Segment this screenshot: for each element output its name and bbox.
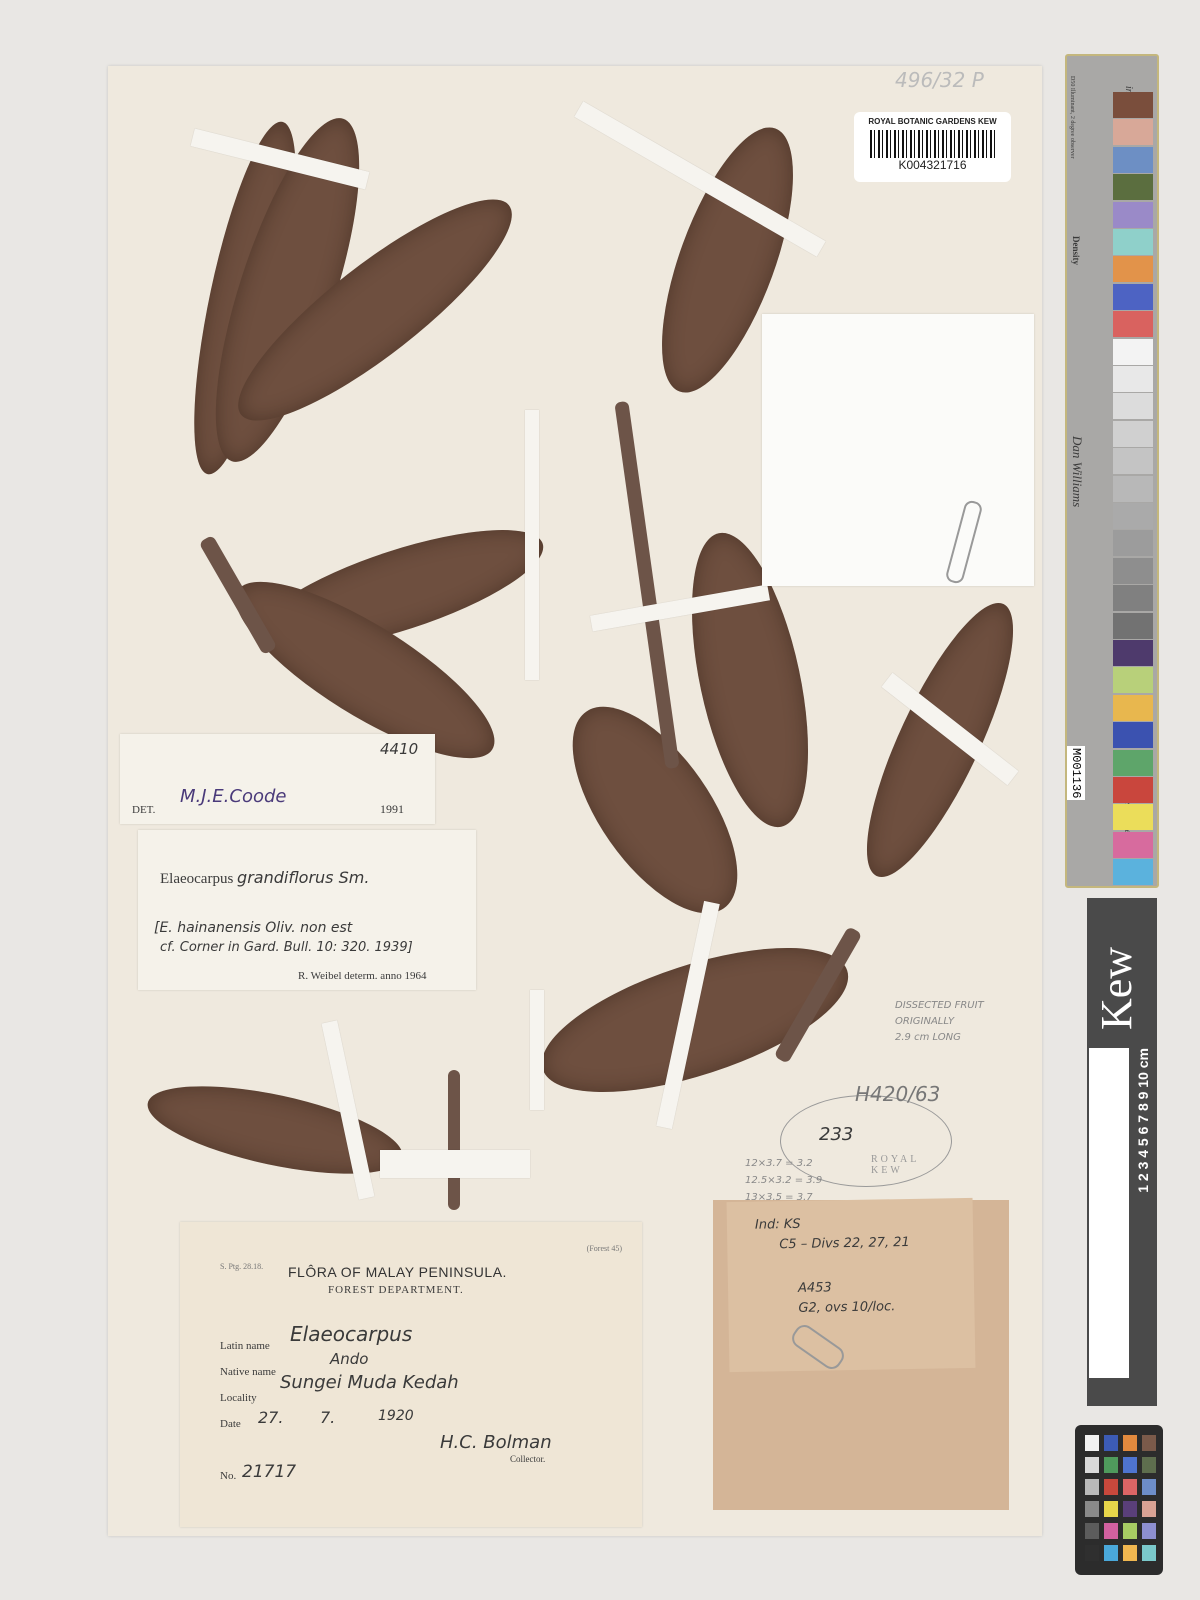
checker-cell [1085,1545,1099,1561]
color-swatch [1113,859,1153,885]
color-swatch [1113,750,1153,776]
collector-name: H.C. Bolman [440,1432,552,1453]
genus: Elaeocarpus [160,871,233,887]
tape-strip [530,990,544,1110]
collection-label: S. Ptg. 28.18. (Forest 45) FLÔRA OF MALA… [180,1222,642,1527]
checker-cell [1123,1479,1137,1495]
color-swatch [1113,476,1153,502]
color-swatch [1113,640,1153,666]
field-label: Latin name [220,1340,270,1352]
checker-cell [1085,1435,1099,1451]
det-label: 4410 DET. M.J.E.Coode 1991 [120,734,435,824]
color-checker [1075,1425,1163,1575]
species: grandiflorus Sm. [237,868,369,887]
color-swatch [1113,667,1153,693]
color-swatch [1113,256,1153,282]
envelope-note-line: Ind: KS [755,1217,801,1233]
color-swatch [1113,92,1153,118]
tape-strip [380,1150,530,1178]
checker-cell [1104,1479,1118,1495]
measurement: 12×3.7 = 3.2 [745,1155,822,1172]
color-swatch [1113,202,1153,228]
illuminant-label: D50 Illuminant, 2 degree observer [1069,76,1075,158]
color-swatch [1113,804,1153,830]
color-swatch [1113,613,1153,639]
scale-ruler [1089,1048,1129,1378]
checker-cell [1142,1523,1156,1539]
color-calibration-bar: inches D50 Illuminant, 2 degree observer… [1065,54,1159,888]
date-year: 1920 [378,1408,414,1424]
fragment-packet [762,314,1034,586]
color-swatch [1113,174,1153,200]
color-swatch [1113,503,1153,529]
scale-numbers: 1 2 3 4 5 6 7 8 9 10 cm [1135,1048,1151,1193]
color-swatch [1113,119,1153,145]
checker-cell [1104,1435,1118,1451]
native-name-value: Ando [330,1350,368,1368]
color-swatch [1113,832,1153,858]
herbarium-number: H420/63 [855,1082,940,1106]
envelope-note-line: C5 – Divs 22, 27, 21 [779,1235,910,1252]
color-swatch [1113,448,1153,474]
barcode-number: K004321716 [854,158,1011,172]
checker-cell [1104,1545,1118,1561]
collection-number: 21717 [242,1462,296,1482]
label-subtitle: FOREST DEPARTMENT. [328,1284,464,1296]
checker-cell [1142,1457,1156,1473]
color-swatch [1113,366,1153,392]
density-label: Density [1071,236,1081,265]
det-prefix: DET. [132,804,155,816]
envelope-note-line: G2, ovs 10/loc. [798,1299,895,1316]
color-swatch [1113,585,1153,611]
label-ref: S. Ptg. 28.18. [220,1262,263,1271]
measurement: 12.5×3.2 = 3.9 [745,1172,822,1189]
taxon-name: Elaeocarpus grandiflorus Sm. [160,868,369,888]
stamp-text: ROYAL KEW [871,1154,951,1176]
checker-cell [1142,1479,1156,1495]
det-number: 4410 [380,740,418,758]
field-label: Date [220,1418,241,1430]
color-swatch [1113,695,1153,721]
tape-strip [525,410,539,680]
checker-cell [1085,1501,1099,1517]
color-swatch [1113,421,1153,447]
det-signature: M.J.E.Coode [180,786,286,807]
label-form: (Forest 45) [587,1244,622,1253]
barcode-icon [870,130,995,158]
color-swatch [1113,558,1153,584]
locality-value: Sungei Muda Kedah [280,1372,459,1393]
checker-cell [1123,1501,1137,1517]
color-swatch [1113,722,1153,748]
envelope-note-line: A453 [798,1280,832,1296]
checker-cell [1123,1523,1137,1539]
bar-id: M001136 [1067,746,1085,800]
checker-cell [1104,1457,1118,1473]
note-line: cf. Corner in Gard. Bull. 10: 320. 1939] [160,940,413,955]
checker-cell [1104,1523,1118,1539]
date-month: 7. [320,1408,335,1427]
envelope-flap: Ind: KS C5 – Divs 22, 27, 21 A453 G2, ov… [727,1198,976,1372]
institution-name: ROYAL BOTANIC GARDENS KEW [854,117,1011,126]
color-swatch [1113,339,1153,365]
checker-cell [1123,1457,1137,1473]
fruit-note-line: 2.9 cm LONG [895,1030,984,1046]
label-title: FLÔRA OF MALAY PENINSULA. [288,1264,507,1280]
field-label: No. [220,1470,236,1482]
note-line: [E. hainanensis Oliv. non est [154,920,352,936]
kew-scale-bar: Kew 1 2 3 4 5 6 7 8 9 10 cm [1087,898,1157,1406]
collector-label: Collector. [510,1454,545,1464]
date-day: 27. [258,1408,283,1427]
determiner: R. Weibel determ. anno 1964 [298,970,426,982]
checker-cell [1085,1479,1099,1495]
checker-cell [1123,1545,1137,1561]
color-swatch [1113,284,1153,310]
checker-cell [1142,1501,1156,1517]
color-swatch [1113,311,1153,337]
color-swatch [1113,530,1153,556]
checker-cell [1142,1435,1156,1451]
det-year: 1991 [380,802,404,817]
fruit-note: DISSECTED FRUIT ORIGINALLY 2.9 cm LONG [895,998,984,1046]
checker-cell [1085,1523,1099,1539]
kew-logo: Kew [1091,918,1153,1058]
fruit-note-line: DISSECTED FRUIT [895,998,984,1014]
measurements: 12×3.7 = 3.2 12.5×3.2 = 3.9 13×3.5 = 3.7 [745,1155,822,1206]
checker-cell [1085,1457,1099,1473]
brand-label: Dan Williams [1069,436,1085,507]
checker-cell [1123,1435,1137,1451]
latin-name-value: Elaeocarpus [290,1322,412,1346]
fruit-note-line: ORIGINALLY [895,1014,984,1030]
barcode-label: ROYAL BOTANIC GARDENS KEW K004321716 [854,112,1011,182]
checker-cell [1104,1501,1118,1517]
sheet-annotation: 496/32 P [895,68,984,92]
color-swatch [1113,393,1153,419]
determination-label: Elaeocarpus grandiflorus Sm. [E. hainane… [138,830,476,990]
stamp-number: 233 [819,1124,853,1145]
stem [448,1070,460,1210]
checker-cell [1142,1545,1156,1561]
field-label: Native name [220,1366,276,1378]
color-swatch [1113,147,1153,173]
color-swatch [1113,229,1153,255]
color-swatch [1113,777,1153,803]
field-label: Locality [220,1392,257,1404]
